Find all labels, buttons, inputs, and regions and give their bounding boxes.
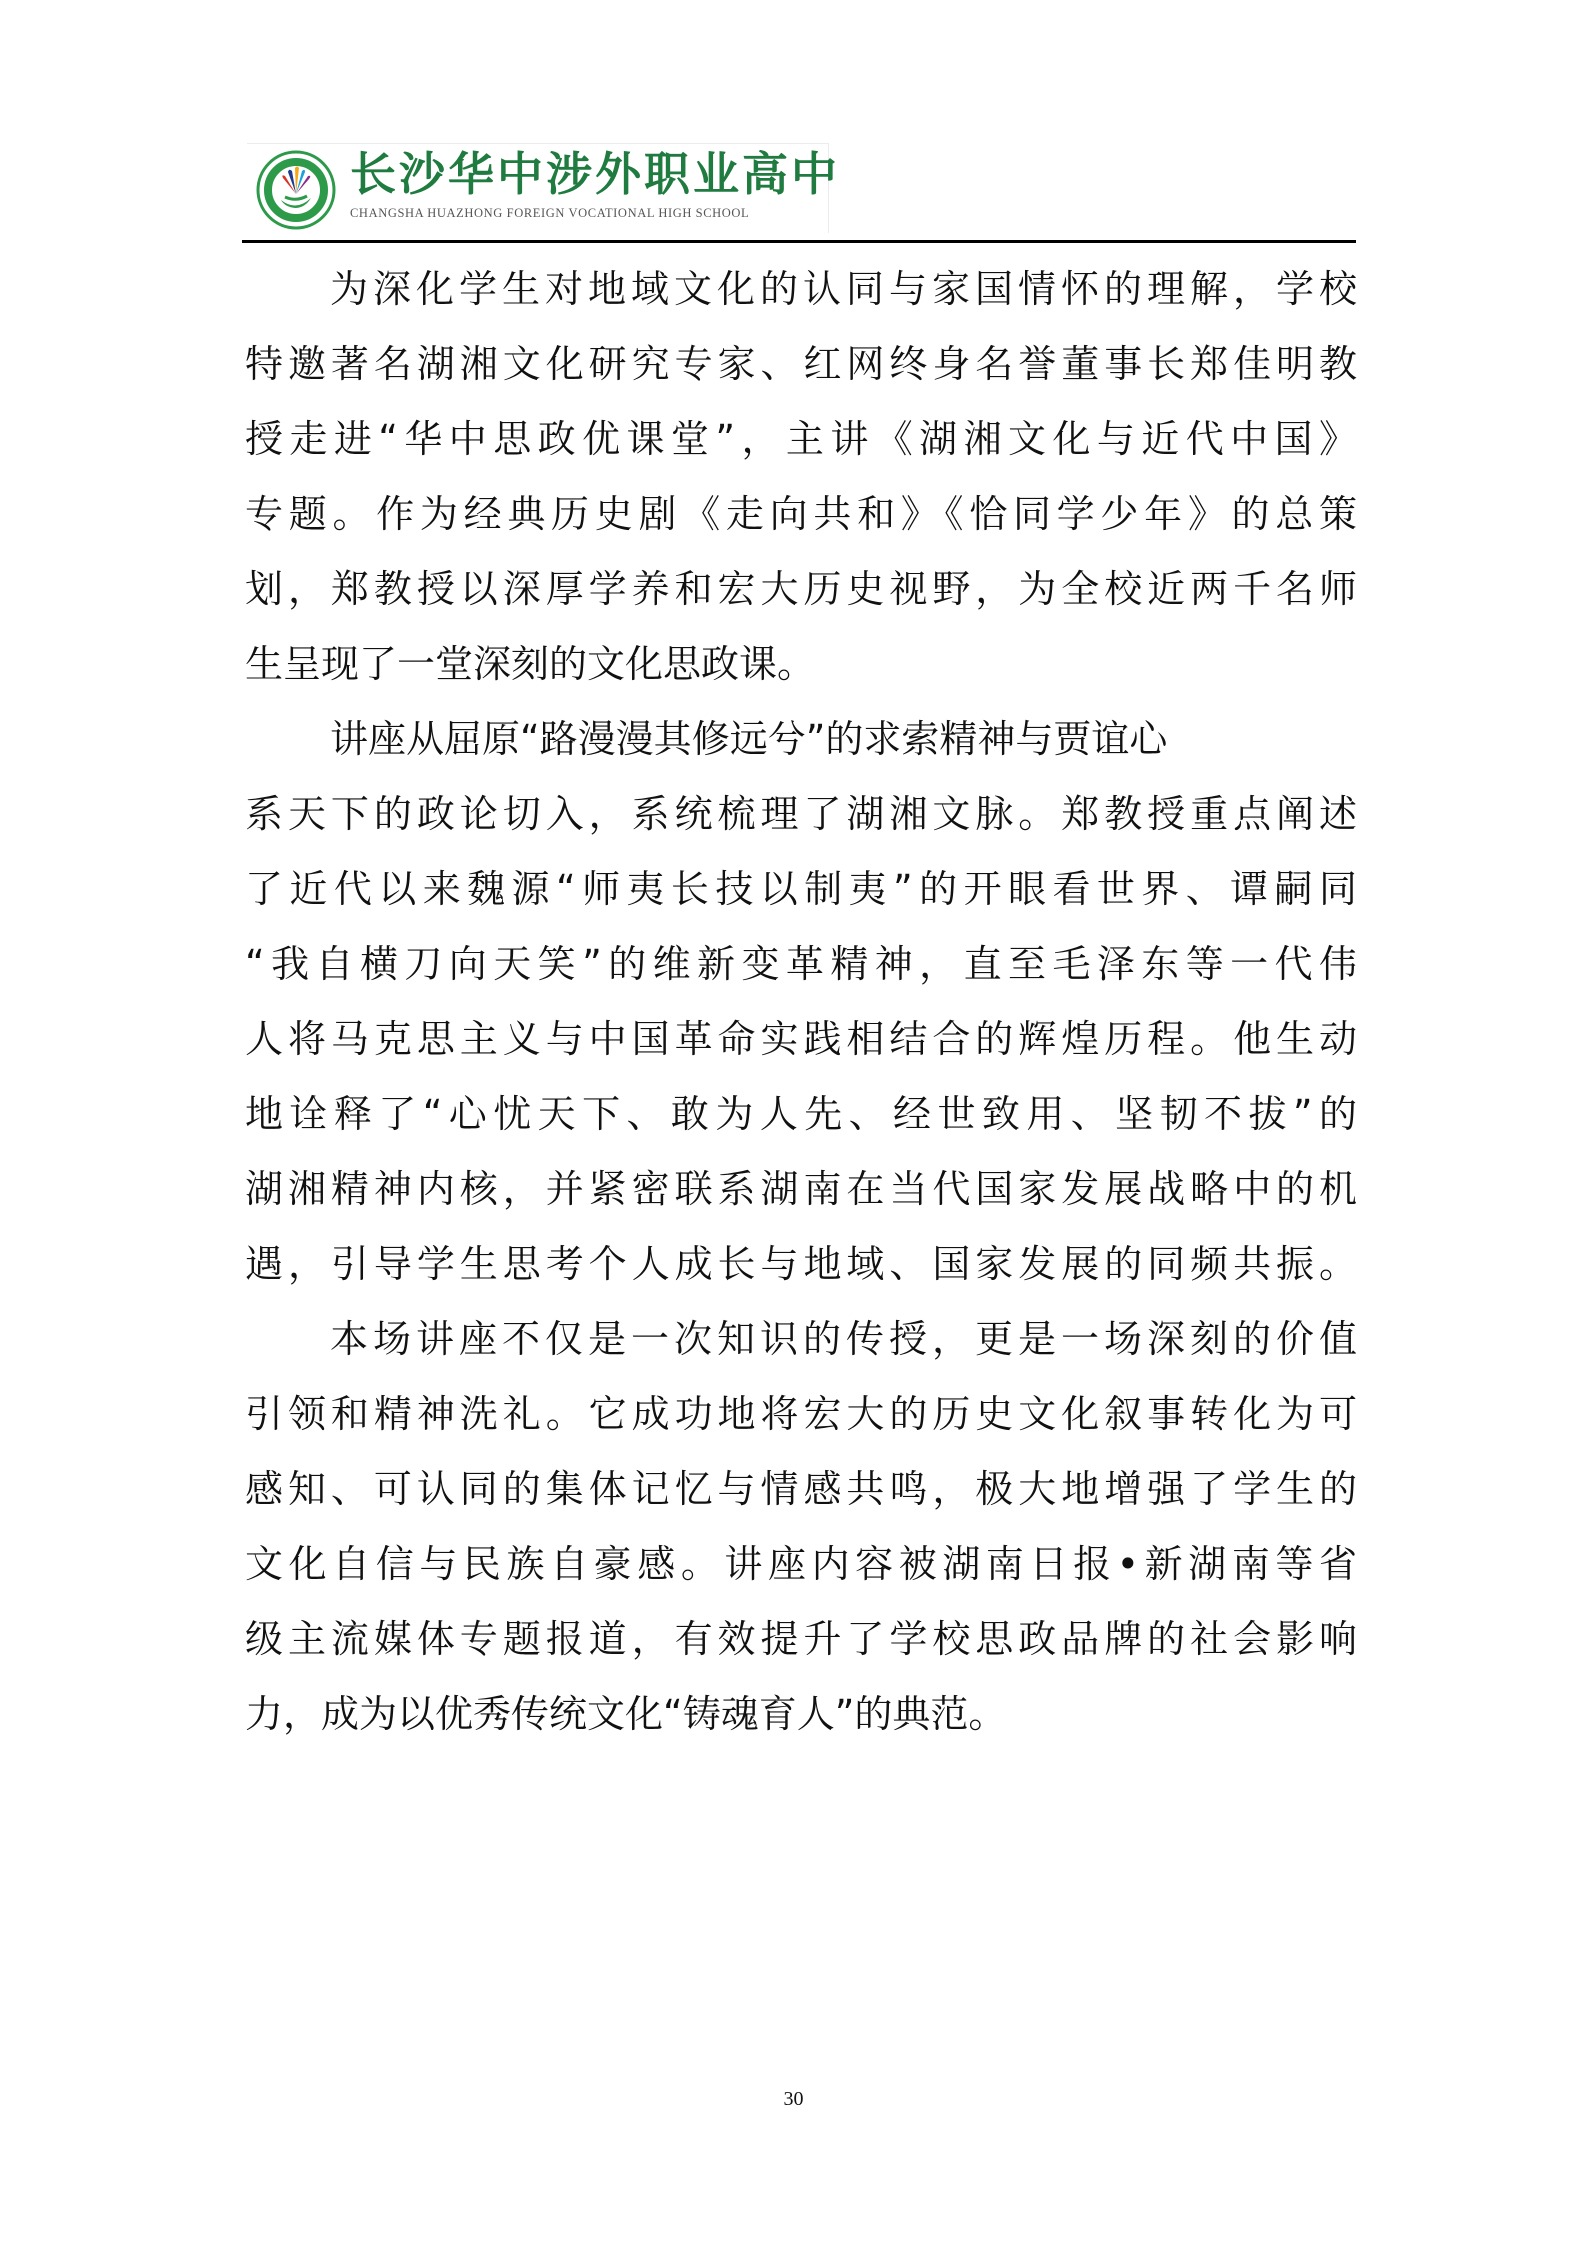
text-line: 授走进“华中思政优课堂”，主讲《湖湘文化与近代中国》 [245, 414, 1357, 489]
text-line: 感知、可认同的集体记忆与情感共鸣，极大地增强了学生的 [245, 1464, 1357, 1539]
paragraph-1: 为深化学生对地域文化的认同与家国情怀的理解，学校 特邀著名湖湘文化研究专家、红网… [245, 264, 1357, 714]
text-line: 划，郑教授以深厚学养和宏大历史视野，为全校近两千名师 [245, 564, 1357, 639]
school-logo-banner: 长沙华中涉外职业高中 CHANGSHA HUAZHONG FOREIGN VOC… [247, 143, 829, 233]
text-line: 生呈现了一堂深刻的文化思政课。 [245, 639, 1357, 714]
text-line: 力，成为以优秀传统文化“铸魂育人”的典范。 [245, 1689, 1357, 1764]
page-number: 30 [0, 2088, 1587, 2111]
school-name-english: CHANGSHA HUAZHONG FOREIGN VOCATIONAL HIG… [350, 206, 749, 220]
school-name-chinese: 长沙华中涉外职业高中 [350, 148, 840, 200]
paragraph-2: 讲座从屈原“路漫漫其修远兮”的求索精神与贾谊心 系天下的政论切入，系统梳理了湖湘… [245, 714, 1357, 1314]
school-emblem-icon [255, 150, 337, 230]
text-line: 讲座从屈原“路漫漫其修远兮”的求索精神与贾谊心 [245, 714, 1357, 789]
text-line: 为深化学生对地域文化的认同与家国情怀的理解，学校 [245, 264, 1357, 339]
text-line: 本场讲座不仅是一次知识的传授，更是一场深刻的价值 [245, 1314, 1357, 1389]
text-line: 地诠释了“心忧天下、敢为人先、经世致用、坚韧不拔”的 [245, 1089, 1357, 1164]
header-divider [242, 240, 1356, 243]
text-line: 人将马克思主义与中国革命实践相结合的辉煌历程。他生动 [245, 1014, 1357, 1089]
text-line: 级主流媒体专题报道，有效提升了学校思政品牌的社会影响 [245, 1614, 1357, 1689]
text-line: 特邀著名湖湘文化研究专家、红网终身名誉董事长郑佳明教 [245, 339, 1357, 414]
text-line: 湖湘精神内核，并紧密联系湖南在当代国家发展战略中的机 [245, 1164, 1357, 1239]
text-line: “我自横刀向天笑”的维新变革精神，直至毛泽东等一代伟 [245, 939, 1357, 1014]
text-line: 专题。作为经典历史剧《走向共和》《恰同学少年》的总策 [245, 489, 1357, 564]
paragraph-3: 本场讲座不仅是一次知识的传授，更是一场深刻的价值 引领和精神洗礼。它成功地将宏大… [245, 1314, 1357, 1764]
text-line: 遇，引导学生思考个人成长与地域、国家发展的同频共振。 [245, 1239, 1357, 1314]
article-body: 为深化学生对地域文化的认同与家国情怀的理解，学校 特邀著名湖湘文化研究专家、红网… [245, 264, 1357, 1764]
text-line: 了近代以来魏源“师夷长技以制夷”的开眼看世界、谭嗣同 [245, 864, 1357, 939]
text-line: 文化自信与民族自豪感。讲座内容被湖南日报•新湖南等省 [245, 1539, 1357, 1614]
text-line: 系天下的政论切入，系统梳理了湖湘文脉。郑教授重点阐述 [245, 789, 1357, 864]
text-line: 引领和精神洗礼。它成功地将宏大的历史文化叙事转化为可 [245, 1389, 1357, 1464]
